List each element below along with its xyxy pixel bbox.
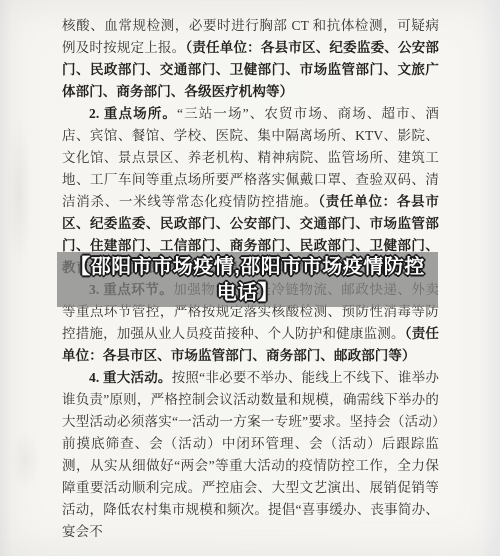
scanned-document-page: 核酸、血常规检测，必要时进行胸部 CT 和抗体检测，可疑病例及时按规定上报。（责… (0, 0, 500, 556)
section-heading-run: 4. 重大活动。 (89, 370, 172, 385)
scan-smudge (10, 430, 40, 490)
section-heading-run: 2. 重点场所。 (89, 106, 177, 121)
body-text-run: 按照“非必要不举办、能线上不线下、谁举办谁负责”原则，严格控制会议活动数量和规模… (62, 370, 439, 539)
paragraph-major-events: 4. 重大活动。按照“非必要不举办、能线上不线下、谁举办谁负责”原则，严格控制会… (62, 367, 439, 543)
caption-overlay: 【邵阳市市场疫情,邵阳市市场疫情防控电话】 (57, 252, 438, 307)
caption-overlay-text: 【邵阳市市场疫情,邵阳市市场疫情防控电话】 (57, 254, 438, 306)
scan-smudge (6, 118, 32, 268)
paragraph-continuation: 核酸、血常规检测，必要时进行胸部 CT 和抗体检测，可疑病例及时按规定上报。（责… (62, 15, 439, 103)
